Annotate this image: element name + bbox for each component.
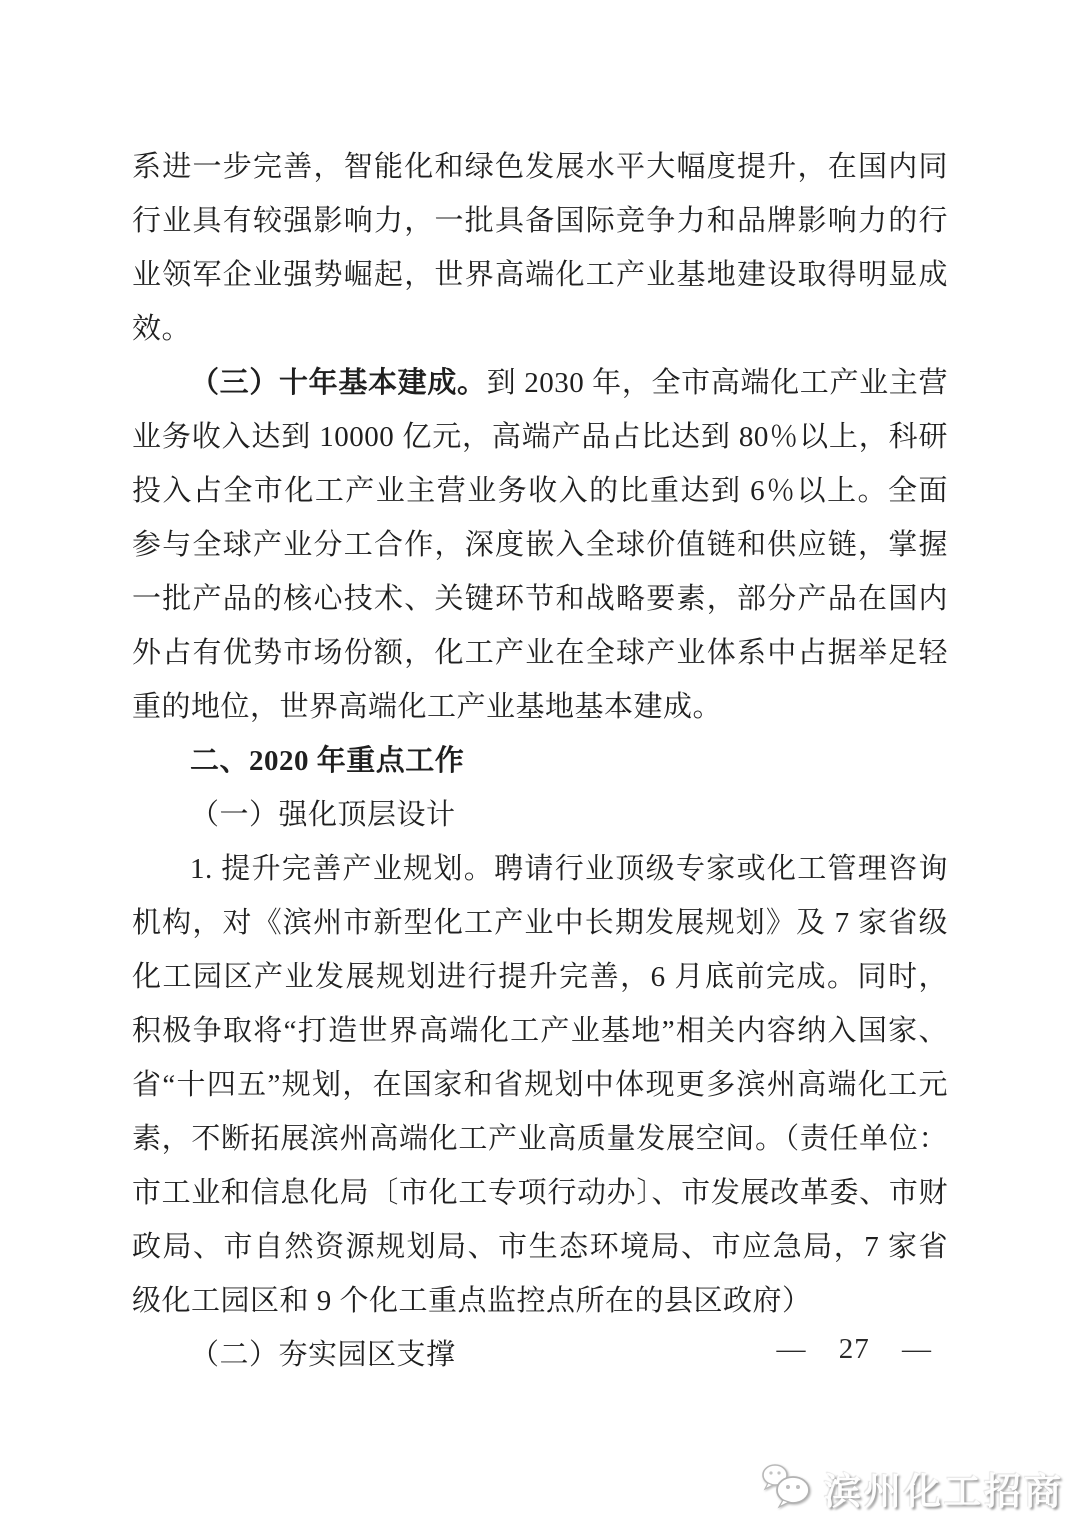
document-page: 系进一步完善，智能化和绿色发展水平大幅度提升，在国内同行业具有较强影响力，一批具… bbox=[0, 0, 1080, 1527]
document-body: 系进一步完善，智能化和绿色发展水平大幅度提升，在国内同行业具有较强影响力，一批具… bbox=[132, 140, 948, 1382]
paragraph-ten-year-goal-text: 到 2030 年，全市高端化工产业主营业务收入达到 10000 亿元，高端产品占… bbox=[132, 367, 948, 723]
wechat-icon bbox=[760, 1462, 816, 1515]
paragraph-ten-year-goal: （三）十年基本建成。到 2030 年，全市高端化工产业主营业务收入达到 1000… bbox=[132, 356, 948, 734]
paragraph-industry-planning: 1. 提升完善产业规划。聘请行业顶级专家或化工管理咨询机构，对《滨州市新型化工产… bbox=[132, 842, 948, 1328]
watermark: 滨州化工招商 bbox=[760, 1461, 1064, 1515]
paragraph-industry-planning-text: 1. 提升完善产业规划。聘请行业顶级专家或化工管理咨询机构，对《滨州市新型化工产… bbox=[132, 853, 948, 1155]
paragraph-ten-year-goal-lead: （三）十年基本建成。 bbox=[190, 367, 487, 399]
watermark-label: 滨州化工招商 bbox=[824, 1461, 1064, 1515]
page-number: — 27 — bbox=[777, 1322, 933, 1376]
section-heading-2020-key-work: 二、2020 年重点工作 bbox=[132, 734, 948, 788]
subheading-top-level-design: （一）强化顶层设计 bbox=[132, 788, 948, 842]
paragraph-continuation: 系进一步完善，智能化和绿色发展水平大幅度提升，在国内同行业具有较强影响力，一批具… bbox=[132, 140, 948, 356]
